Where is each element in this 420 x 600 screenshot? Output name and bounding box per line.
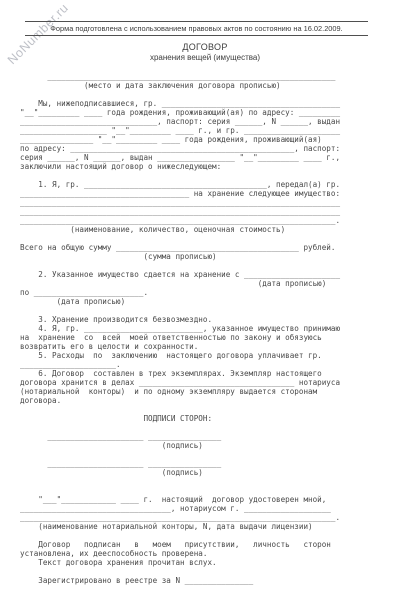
document-body-text: ________________________________________… <box>20 72 340 585</box>
document-subtitle: хранения вещей (имущества) <box>20 53 390 62</box>
document-page: NoNumber.ru Форма подготовлена с использ… <box>0 0 420 600</box>
document-title: ДОГОВОР <box>20 42 390 52</box>
document-content: Форма подготовлена с использованием прав… <box>0 0 420 600</box>
form-preparation-notice: Форма подготовлена с использованием прав… <box>25 21 368 36</box>
